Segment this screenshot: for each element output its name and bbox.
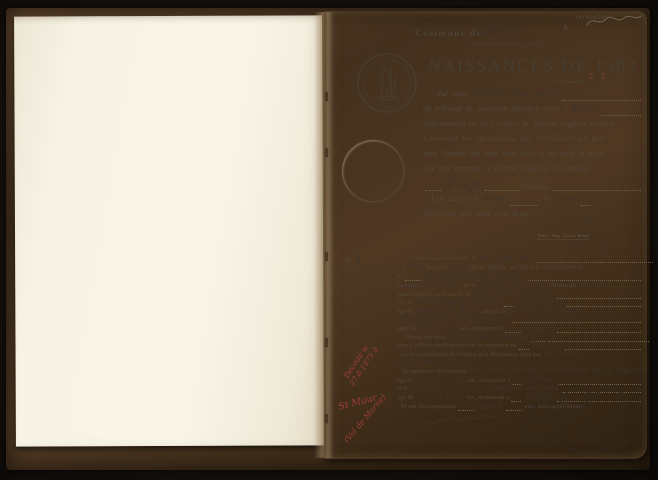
republique-francaise-stamp: RÉPUBLIQUE FRANÇAISE	[355, 51, 419, 115]
handwritten-fill: Brive	[482, 194, 506, 204]
blank-rule	[581, 204, 591, 206]
preamble-line: département de la Corrèze, le présent re…	[423, 118, 643, 133]
blank-rule	[562, 99, 641, 101]
right-register-page: 1er feuillet A Commune de Juillac RÉPUBL…	[323, 11, 647, 459]
scanned-register-photo: 1er feuillet A Commune de Juillac RÉPUBL…	[0, 0, 658, 480]
mayor-signature-ligeoix	[551, 371, 647, 463]
printed-text: phé par premier et dernier feuillet, et …	[423, 163, 589, 173]
binding-stitch	[325, 92, 328, 101]
printed-text: décembre mil neuf cent deux.	[423, 208, 531, 218]
left-blank-page	[14, 15, 324, 446]
blank-rule	[485, 189, 519, 191]
printed-text: du tribunal de première instance séant à	[423, 103, 568, 113]
handwritten-fill: trente huit	[416, 393, 464, 402]
handwritten-fill: Treilhe juge supt	[473, 89, 557, 99]
printed-text: Fait double à	[431, 193, 479, 203]
title-flourish	[539, 77, 595, 85]
seated-figure-icon	[377, 66, 399, 100]
handwritten-fill: Juillac	[525, 324, 553, 333]
handwritten-fill: de l'enfant.	[399, 357, 464, 366]
binding-stitch	[325, 338, 328, 347]
acte-number: N° 1	[345, 253, 363, 266]
preamble-line: à recevoir les déclarations des NAISSANC…	[423, 133, 643, 148]
marriage-margin-note: Marié à Paris 9ème le 14 mars 1930 avec …	[327, 261, 437, 305]
death-margin-note-date: Décédé le 27.8.1975 à	[333, 330, 387, 398]
printed-text: feuillets.	[521, 181, 551, 191]
commune-name-handwritten: Juillac	[473, 21, 519, 39]
blank-rule	[601, 114, 641, 116]
stamp-ring-text: RÉPUBLIQUE FRANÇAISE	[379, 53, 416, 112]
acte-line: de l'enfant.	[397, 357, 643, 366]
preamble-line: Vingt feuillets.	[423, 178, 643, 193]
binding-gutter	[314, 12, 334, 458]
corner-letter: A	[563, 24, 568, 32]
blank-rule	[552, 189, 641, 191]
binding-stitch	[325, 414, 328, 423]
svg-text:RÉPUBLIQUE FRANÇAISE: RÉPUBLIQUE FRANÇAISE	[379, 53, 416, 112]
handwritten-fill: Barthelemy Emile	[425, 271, 524, 280]
witness-signature-villeneuve	[424, 409, 498, 435]
preamble-text: Par nous, Treilhe juge supt du tribunal …	[423, 88, 643, 223]
printed-text: Par nous,	[437, 88, 470, 98]
printed-text: , le	[539, 193, 551, 203]
embossed-seal	[341, 139, 405, 203]
handwritten-fill: matin	[578, 281, 604, 290]
printed-text: à recevoir les déclarations des NAISSANC…	[423, 133, 607, 143]
handwritten-fill: Vingt	[446, 178, 480, 192]
preamble-line: du tribunal de première instance séant à…	[423, 103, 643, 118]
binding-stitch	[325, 252, 328, 261]
printer-imprint: Tulle. Imp. Louis Mazé	[537, 233, 589, 240]
binding-stitch	[325, 148, 328, 157]
numero-label: N°	[345, 256, 353, 265]
corner-signature-scribble	[585, 12, 643, 30]
pencil-annotation: 2 2	[589, 72, 608, 81]
printed-text: département de la Corrèze, le présent re…	[423, 118, 615, 128]
handwritten-fill: Brive	[571, 104, 596, 114]
preamble-line: Fait double à Brive , le vingt	[423, 193, 643, 208]
blank-rule	[511, 204, 537, 206]
blank-rule	[425, 189, 441, 191]
preamble-line: Par nous, Treilhe juge supt	[423, 88, 643, 103]
handwritten-fill: Six Janvier	[478, 254, 532, 263]
preamble-line: phé par premier et dernier feuillet, et …	[423, 163, 643, 178]
commune-underline-flourish	[465, 39, 549, 49]
handwritten-fill: vingt	[553, 194, 576, 204]
preamble-line: dant l'année mil neuf cent trois a été c…	[423, 148, 643, 163]
page-title: NAISSANCES DE 1903	[419, 56, 647, 76]
printed-text: dant l'année mil neuf cent trois a été c…	[423, 148, 606, 158]
